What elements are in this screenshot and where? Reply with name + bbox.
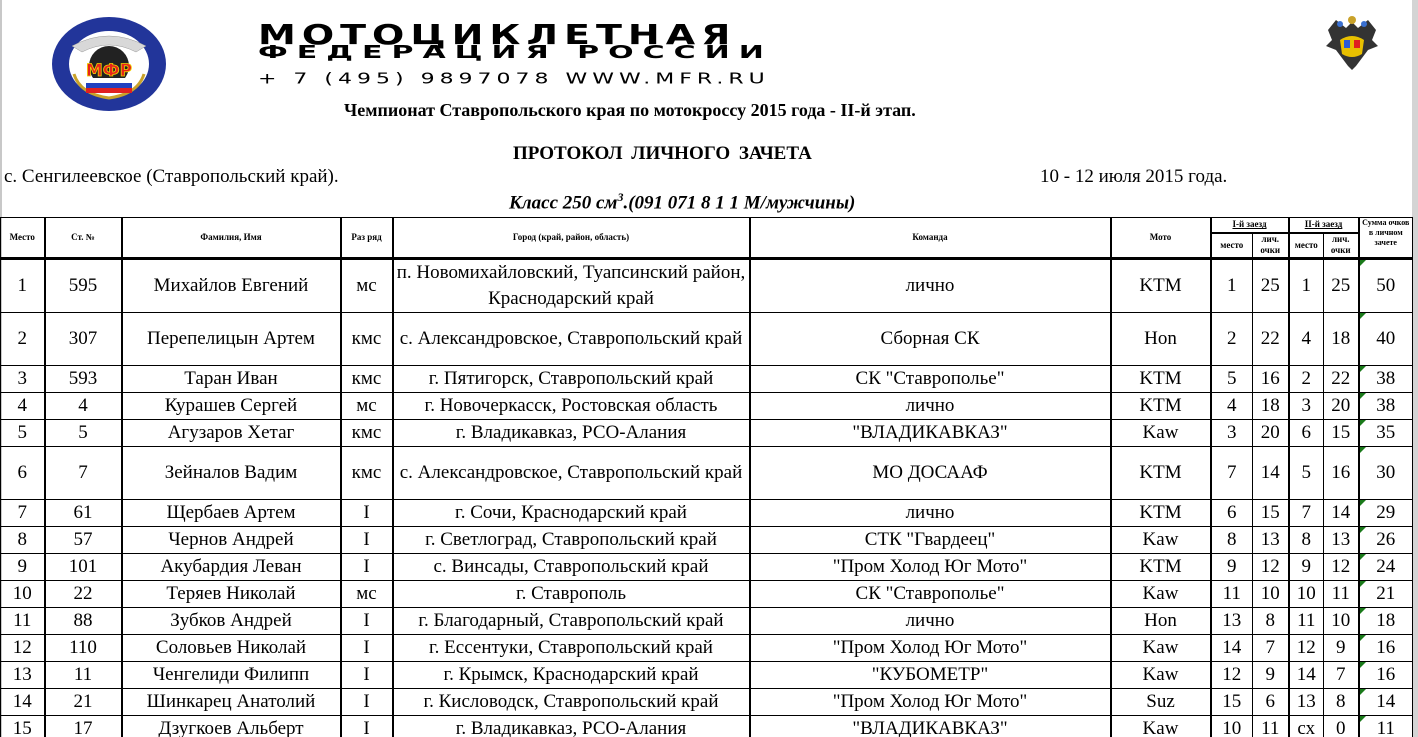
protocol-title: ПРОТОКОЛ ЛИЧНОГО ЗАЧЕТА	[513, 143, 812, 165]
heat1-place-cell: 13	[1211, 608, 1253, 635]
heat1-points-cell: 22	[1253, 313, 1289, 366]
moto-cell: KTM	[1111, 259, 1211, 313]
total-cell: 14	[1359, 689, 1413, 716]
total-cell: 38	[1359, 366, 1413, 393]
name-cell: Курашев Сергей	[122, 393, 341, 420]
heat1-place-cell: 6	[1211, 500, 1253, 527]
col-header-heat1-place: место	[1211, 233, 1253, 259]
total-cell: 35	[1359, 420, 1413, 447]
number-cell: 88	[45, 608, 122, 635]
heat2-place-cell: 4	[1289, 313, 1324, 366]
heat1-points-cell: 11	[1253, 716, 1289, 737]
heat2-place-cell: 2	[1289, 366, 1324, 393]
number-cell: 61	[45, 500, 122, 527]
number-cell: 307	[45, 313, 122, 366]
table-row: 9101Акубардия ЛеванIс. Винсады, Ставропо…	[1, 554, 1413, 581]
name-cell: Щербаев Артем	[122, 500, 341, 527]
heat2-place-cell: 13	[1289, 689, 1324, 716]
rank-cell: кмс	[341, 447, 393, 500]
name-cell: Шинкарец Анатолий	[122, 689, 341, 716]
heat2-place-cell: 3	[1289, 393, 1324, 420]
heat2-place-cell: 8	[1289, 527, 1324, 554]
rank-cell: кмс	[341, 420, 393, 447]
heat2-points-cell: 11	[1324, 581, 1359, 608]
table-row: 2307Перепелицын Артемкмсс. Александровск…	[1, 313, 1413, 366]
team-cell: СТК "Гвардеец"	[750, 527, 1111, 554]
col-header-moto: Мото	[1111, 218, 1211, 259]
place-cell: 2	[1, 313, 45, 366]
team-cell: "КУБОМЕТР"	[750, 662, 1111, 689]
team-cell: лично	[750, 608, 1111, 635]
rank-cell: мс	[341, 581, 393, 608]
heat2-place-cell: 11	[1289, 608, 1324, 635]
team-cell: лично	[750, 500, 1111, 527]
col-header-heat2-points: лич. очки	[1324, 233, 1359, 259]
team-cell: СК "Ставрополье"	[750, 581, 1111, 608]
heat2-points-cell: 0	[1324, 716, 1359, 737]
name-cell: Михайлов Евгений	[122, 259, 341, 313]
heat2-points-cell: 25	[1324, 259, 1359, 313]
heat1-points-cell: 6	[1253, 689, 1289, 716]
name-cell: Таран Иван	[122, 366, 341, 393]
heat1-place-cell: 9	[1211, 554, 1253, 581]
results-body: 1595Михайлов Евгениймсп. Новомихайловски…	[1, 259, 1413, 737]
name-cell: Зейналов Вадим	[122, 447, 341, 500]
city-cell: с. Винсады, Ставропольский край	[393, 554, 750, 581]
name-cell: Акубардия Леван	[122, 554, 341, 581]
event-title: Чемпионат Ставропольского края по мотокр…	[344, 100, 916, 121]
heat2-points-cell: 20	[1324, 393, 1359, 420]
col-header-team: Команда	[750, 218, 1111, 259]
heat1-place-cell: 15	[1211, 689, 1253, 716]
moto-cell: KTM	[1111, 554, 1211, 581]
name-cell: Ченгелиди Филипп	[122, 662, 341, 689]
moto-cell: Suz	[1111, 689, 1211, 716]
heat1-place-cell: 14	[1211, 635, 1253, 662]
heat1-place-cell: 10	[1211, 716, 1253, 737]
heat1-place-cell: 1	[1211, 259, 1253, 313]
heat2-points-cell: 9	[1324, 635, 1359, 662]
moto-cell: Kaw	[1111, 420, 1211, 447]
moto-cell: Hon	[1111, 608, 1211, 635]
number-cell: 22	[45, 581, 122, 608]
number-cell: 11	[45, 662, 122, 689]
rank-cell: I	[341, 527, 393, 554]
rank-cell: мс	[341, 259, 393, 313]
place-cell: 4	[1, 393, 45, 420]
moto-cell: Kaw	[1111, 635, 1211, 662]
place-cell: 7	[1, 500, 45, 527]
heat1-points-cell: 18	[1253, 393, 1289, 420]
number-cell: 57	[45, 527, 122, 554]
team-cell: Сборная СК	[750, 313, 1111, 366]
heat1-place-cell: 8	[1211, 527, 1253, 554]
heat1-points-cell: 9	[1253, 662, 1289, 689]
moto-cell: Kaw	[1111, 716, 1211, 737]
heat2-points-cell: 16	[1324, 447, 1359, 500]
number-cell: 595	[45, 259, 122, 313]
heat2-points-cell: 10	[1324, 608, 1359, 635]
table-row: 67Зейналов Вадимкмсс. Александровское, С…	[1, 447, 1413, 500]
place-cell: 9	[1, 554, 45, 581]
total-cell: 40	[1359, 313, 1413, 366]
name-cell: Соловьев Николай	[122, 635, 341, 662]
name-cell: Агузаров Хетаг	[122, 420, 341, 447]
total-cell: 24	[1359, 554, 1413, 581]
heat1-points-cell: 7	[1253, 635, 1289, 662]
moto-cell: Kaw	[1111, 527, 1211, 554]
name-cell: Чернов Андрей	[122, 527, 341, 554]
rank-cell: I	[341, 716, 393, 737]
number-cell: 7	[45, 447, 122, 500]
table-row: 1595Михайлов Евгениймсп. Новомихайловски…	[1, 259, 1413, 313]
event-location: с. Сенгилеевское (Ставропольский край).	[4, 166, 339, 188]
heat1-points-cell: 10	[1253, 581, 1289, 608]
table-row: 55Агузаров Хетагкмсг. Владикавказ, РСО-А…	[1, 420, 1413, 447]
svg-text:МФР: МФР	[86, 61, 132, 81]
brand-line-2: ФЕДЕРАЦИЯ РОССИИ	[258, 46, 1158, 59]
heat2-points-cell: 15	[1324, 420, 1359, 447]
place-cell: 8	[1, 527, 45, 554]
rank-cell: I	[341, 608, 393, 635]
event-dates: 10 - 12 июля 2015 года.	[1040, 166, 1227, 188]
place-cell: 14	[1, 689, 45, 716]
team-cell: "ВЛАДИКАВКАЗ"	[750, 420, 1111, 447]
col-header-number: Ст. №	[45, 218, 122, 259]
col-header-heat1: I-й заезд	[1211, 218, 1289, 233]
heat2-place-cell: 12	[1289, 635, 1324, 662]
rank-cell: I	[341, 635, 393, 662]
name-cell: Дзугкоев Альберт	[122, 716, 341, 737]
heat1-points-cell: 13	[1253, 527, 1289, 554]
city-cell: г. Пятигорск, Ставропольский край	[393, 366, 750, 393]
total-cell: 30	[1359, 447, 1413, 500]
heat2-points-cell: 22	[1324, 366, 1359, 393]
table-row: 3593Таран Иванкмсг. Пятигорск, Ставропол…	[1, 366, 1413, 393]
team-cell: "Пром Холод Юг Мото"	[750, 554, 1111, 581]
total-cell: 38	[1359, 393, 1413, 420]
heat1-place-cell: 4	[1211, 393, 1253, 420]
class-prefix: Класс 250 см	[509, 192, 617, 213]
heat1-points-cell: 20	[1253, 420, 1289, 447]
moto-cell: KTM	[1111, 393, 1211, 420]
city-cell: п. Новомихайловский, Туапсинский район, …	[393, 259, 750, 313]
heat1-points-cell: 8	[1253, 608, 1289, 635]
col-header-total: Сумма очков в личном зачете	[1359, 218, 1413, 259]
table-row: 1188Зубков АндрейIг. Благодарный, Ставро…	[1, 608, 1413, 635]
place-cell: 10	[1, 581, 45, 608]
heat2-place-cell: 10	[1289, 581, 1324, 608]
rank-cell: мс	[341, 393, 393, 420]
team-cell: "Пром Холод Юг Мото"	[750, 689, 1111, 716]
heat2-place-cell: сх	[1289, 716, 1324, 737]
number-cell: 593	[45, 366, 122, 393]
name-cell: Теряев Николай	[122, 581, 341, 608]
heat2-place-cell: 9	[1289, 554, 1324, 581]
city-cell: г. Владикавказ, РСО-Алания	[393, 420, 750, 447]
rank-cell: I	[341, 500, 393, 527]
total-cell: 26	[1359, 527, 1413, 554]
federation-brand: МОТОЦИКЛЕТНАЯ ФЕДЕРАЦИЯ РОССИИ	[258, 24, 1158, 68]
number-cell: 21	[45, 689, 122, 716]
number-cell: 17	[45, 716, 122, 737]
city-cell: с. Александровское, Ставропольский край	[393, 313, 750, 366]
place-cell: 6	[1, 447, 45, 500]
rank-cell: I	[341, 662, 393, 689]
heat2-place-cell: 14	[1289, 662, 1324, 689]
team-cell: МО ДОСААФ	[750, 447, 1111, 500]
team-cell: лично	[750, 393, 1111, 420]
city-cell: г. Благодарный, Ставропольский край	[393, 608, 750, 635]
heat1-place-cell: 2	[1211, 313, 1253, 366]
city-cell: г. Новочеркасск, Ростовская область	[393, 393, 750, 420]
city-cell: г. Владикавказ, РСО-Алания	[393, 716, 750, 737]
heat1-place-cell: 5	[1211, 366, 1253, 393]
table-row: 12110Соловьев НиколайIг. Ессентуки, Став…	[1, 635, 1413, 662]
heat2-points-cell: 12	[1324, 554, 1359, 581]
moto-cell: Hon	[1111, 313, 1211, 366]
heat1-place-cell: 3	[1211, 420, 1253, 447]
total-cell: 16	[1359, 635, 1413, 662]
number-cell: 5	[45, 420, 122, 447]
heat2-points-cell: 18	[1324, 313, 1359, 366]
moto-cell: Kaw	[1111, 581, 1211, 608]
moto-cell: KTM	[1111, 366, 1211, 393]
heat2-place-cell: 6	[1289, 420, 1324, 447]
place-cell: 11	[1, 608, 45, 635]
table-row: 1421Шинкарец АнатолийIг. Кисловодск, Ста…	[1, 689, 1413, 716]
table-row: 1517Дзугкоев АльбертIг. Владикавказ, РСО…	[1, 716, 1413, 737]
city-cell: г. Ставрополь	[393, 581, 750, 608]
heat2-points-cell: 7	[1324, 662, 1359, 689]
rank-cell: I	[341, 689, 393, 716]
total-cell: 18	[1359, 608, 1413, 635]
number-cell: 4	[45, 393, 122, 420]
heat2-points-cell: 14	[1324, 500, 1359, 527]
heat1-place-cell: 7	[1211, 447, 1253, 500]
total-cell: 29	[1359, 500, 1413, 527]
city-cell: г. Светлоград, Ставропольский край	[393, 527, 750, 554]
heat1-points-cell: 14	[1253, 447, 1289, 500]
number-cell: 101	[45, 554, 122, 581]
place-cell: 1	[1, 259, 45, 313]
heat1-place-cell: 12	[1211, 662, 1253, 689]
place-cell: 12	[1, 635, 45, 662]
col-header-city: Город (край, район, область)	[393, 218, 750, 259]
moto-cell: Kaw	[1111, 662, 1211, 689]
team-cell: лично	[750, 259, 1111, 313]
city-cell: г. Сочи, Краснодарский край	[393, 500, 750, 527]
col-header-heat2-place: место	[1289, 233, 1324, 259]
heat1-points-cell: 16	[1253, 366, 1289, 393]
heat2-place-cell: 7	[1289, 500, 1324, 527]
table-row: 761Щербаев АртемIг. Сочи, Краснодарский …	[1, 500, 1413, 527]
name-cell: Перепелицын Артем	[122, 313, 341, 366]
total-cell: 21	[1359, 581, 1413, 608]
moto-cell: KTM	[1111, 500, 1211, 527]
heat2-place-cell: 5	[1289, 447, 1324, 500]
city-cell: г. Кисловодск, Ставропольский край	[393, 689, 750, 716]
place-cell: 5	[1, 420, 45, 447]
rank-cell: кмс	[341, 313, 393, 366]
team-cell: "ВЛАДИКАВКАЗ"	[750, 716, 1111, 737]
total-cell: 16	[1359, 662, 1413, 689]
col-header-heat2: II-й заезд	[1289, 218, 1359, 233]
rank-cell: кмс	[341, 366, 393, 393]
results-table: Место Ст. № Фамилия, Имя Раз ряд Город (…	[0, 217, 1413, 737]
table-row: 857Чернов АндрейIг. Светлоград, Ставропо…	[1, 527, 1413, 554]
heat1-points-cell: 15	[1253, 500, 1289, 527]
class-title: Класс 250 см3.(091 071 8 1 1 М/мужчины)	[509, 190, 855, 214]
total-cell: 11	[1359, 716, 1413, 737]
city-cell: с. Александровское, Ставропольский край	[393, 447, 750, 500]
place-cell: 13	[1, 662, 45, 689]
moto-cell: KTM	[1111, 447, 1211, 500]
number-cell: 110	[45, 635, 122, 662]
col-header-name: Фамилия, Имя	[122, 218, 341, 259]
city-cell: г. Ессентуки, Ставропольский край	[393, 635, 750, 662]
col-header-heat1-points: лич. очки	[1253, 233, 1289, 259]
name-cell: Зубков Андрей	[122, 608, 341, 635]
heat2-points-cell: 8	[1324, 689, 1359, 716]
heat2-place-cell: 1	[1289, 259, 1324, 313]
total-cell: 50	[1359, 259, 1413, 313]
russian-eagle-icon	[1322, 14, 1382, 72]
heat1-points-cell: 12	[1253, 554, 1289, 581]
table-row: 1022Теряев Николаймсг. СтавропольСК "Ста…	[1, 581, 1413, 608]
class-suffix: .(091 071 8 1 1 М/мужчины)	[623, 192, 855, 213]
col-header-place: Место	[1, 218, 45, 259]
col-header-rank: Раз ряд	[341, 218, 393, 259]
place-cell: 15	[1, 716, 45, 737]
table-row: 44Курашев Сергеймсг. Новочеркасск, Росто…	[1, 393, 1413, 420]
team-cell: "Пром Холод Юг Мото"	[750, 635, 1111, 662]
table-row: 1311Ченгелиди ФилиппIг. Крымск, Краснода…	[1, 662, 1413, 689]
mfr-emblem-icon: МФР	[50, 16, 168, 112]
team-cell: СК "Ставрополье"	[750, 366, 1111, 393]
rank-cell: I	[341, 554, 393, 581]
heat1-points-cell: 25	[1253, 259, 1289, 313]
contact-line: + 7 (495) 9897078 WWW.MFR.RU	[258, 70, 770, 88]
place-cell: 3	[1, 366, 45, 393]
city-cell: г. Крымск, Краснодарский край	[393, 662, 750, 689]
heat2-points-cell: 13	[1324, 527, 1359, 554]
heat1-place-cell: 11	[1211, 581, 1253, 608]
